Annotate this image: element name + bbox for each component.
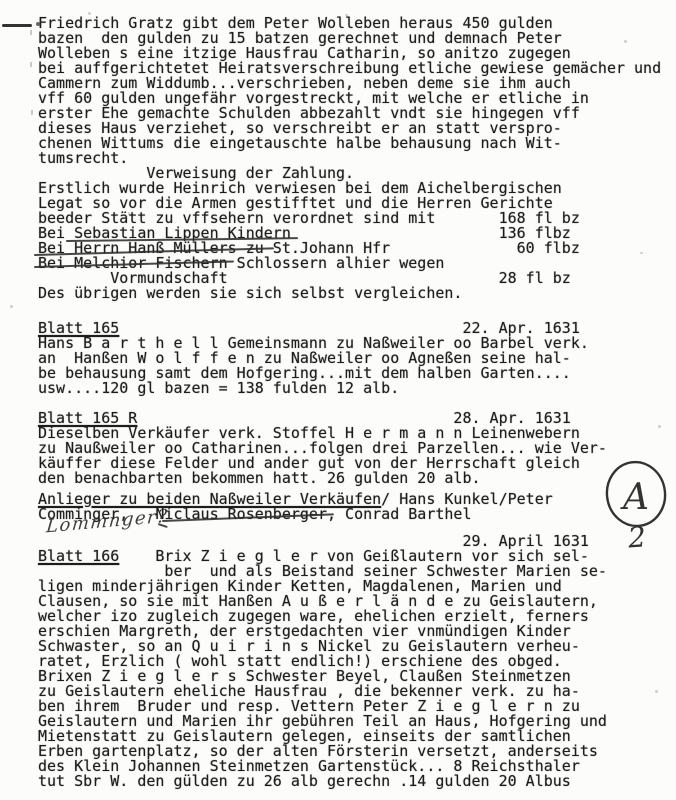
text-line: den benachbarten bekommen hatt. 26 gulde… [38,471,668,486]
scanned-document-page: Friedrich Gratz gibt dem Peter Wolleben … [0,0,676,800]
text-line: tut Sbr W. den gülden zu 26 alb gerechn … [38,774,668,789]
margin-dot-mark [36,22,40,26]
circled-a-annotation: A 2 [598,452,676,557]
text-line: usw....120 gl bazen = 138 fulden 12 alb. [38,381,668,396]
document-text: Friedrich Gratz gibt dem Peter Wolleben … [38,16,668,789]
margin-dash-mark [2,24,32,27]
text-line: Des übrigen werden sie sich selbst vergl… [38,286,668,301]
text-line: chenen Wittums die eingetauschte halbe b… [38,136,668,151]
letter-a: A [620,477,649,518]
numeral-2: 2 [626,520,647,554]
